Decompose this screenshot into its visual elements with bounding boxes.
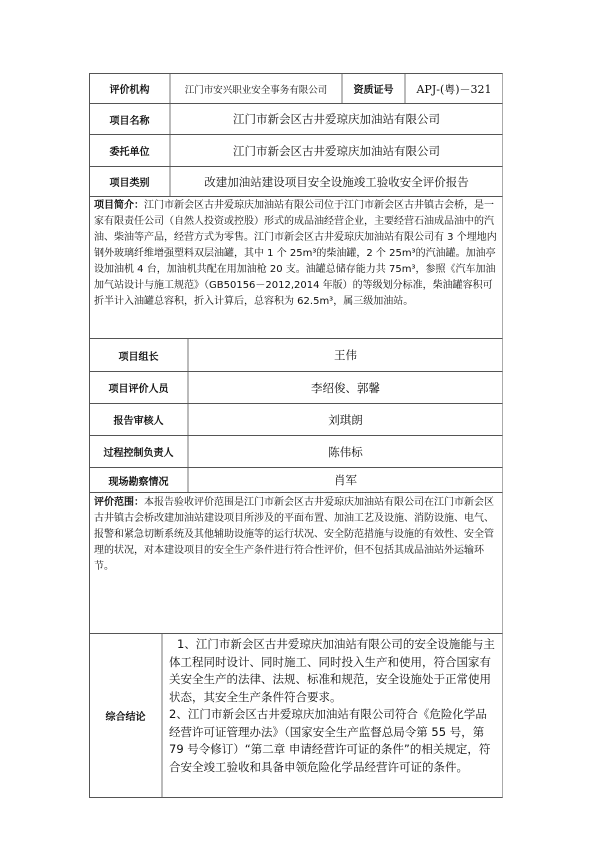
- row-conclusion: 综合结论 1、江门市新会区古井爱琼庆加油站有限公司的安全设施能与主体工程同时设计…: [89, 634, 503, 798]
- conclusion-text: 1、江门市新会区古井爱琼庆加油站有限公司的安全设施能与主体工程同时设计、同时施工…: [163, 634, 502, 797]
- row-evaluation-org: 评价机构 江门市安兴职业安全事务有限公司 资质证号 APJ-(粤)－321: [89, 73, 503, 104]
- conclusion-label: 综合结论: [90, 634, 163, 797]
- row-project-name: 项目名称 江门市新会区古井爱琼庆加油站有限公司: [89, 104, 503, 135]
- personnel-value: 刘琪朗: [189, 404, 502, 435]
- project-name-value: 江门市新会区古井爱琼庆加油站有限公司: [171, 104, 502, 134]
- row-process-control: 过程控制负责人 陈伟标: [89, 436, 503, 468]
- personnel-value: 王伟: [189, 339, 502, 371]
- conclusion-item-2: 2、江门市新会区古井爱琼庆加油站有限公司符合《危险化学品经营许可证管理办法》（国…: [169, 706, 496, 776]
- row-site-survey: 现场勘察情况 肖军: [89, 468, 503, 493]
- scope-label: 评价范围：: [94, 497, 144, 508]
- personnel-label: 过程控制负责人: [90, 436, 189, 467]
- client-label: 委托单位: [90, 135, 171, 166]
- intro-body: 江门市新会区古井爱琼庆加油站有限公司位于江门市新会区古井镇古会桥，是一家有限责任…: [94, 200, 497, 307]
- cert-label: 资质证号: [343, 74, 406, 103]
- conclusion-item-1: 1、江门市新会区古井爱琼庆加油站有限公司的安全设施能与主体工程同时设计、同时施工…: [169, 636, 496, 706]
- row-project-intro: 项目简介：江门市新会区古井爱琼庆加油站有限公司位于江门市新会区古井镇古会桥，是一…: [89, 197, 503, 339]
- personnel-label: 现场勘察情况: [90, 468, 189, 492]
- personnel-label: 项目组长: [90, 339, 189, 371]
- cert-value: APJ-(粤)－321: [406, 74, 502, 103]
- row-reviewer: 报告审核人 刘琪朗: [89, 404, 503, 436]
- row-client: 委托单位 江门市新会区古井爱琼庆加油站有限公司: [89, 135, 503, 167]
- project-intro-text: 项目简介：江门市新会区古井爱琼庆加油站有限公司位于江门市新会区古井镇古会桥，是一…: [90, 197, 502, 311]
- scope-text: 评价范围：本报告验收评价范围是江门市新会区古井爱琼庆加油站有限公司在江门市新会区…: [90, 493, 502, 576]
- category-value: 改建加油站建设项目安全设施竣工验收安全评价报告: [171, 167, 502, 196]
- intro-label: 项目简介：: [94, 200, 144, 211]
- row-category: 项目类别 改建加油站建设项目安全设施竣工验收安全评价报告: [89, 167, 503, 197]
- org-label: 评价机构: [90, 74, 171, 103]
- client-value: 江门市新会区古井爱琼庆加油站有限公司: [171, 135, 502, 166]
- personnel-value: 李绍俊、郭馨: [189, 372, 502, 403]
- category-label: 项目类别: [90, 167, 171, 196]
- org-value: 江门市安兴职业安全事务有限公司: [171, 74, 343, 103]
- evaluation-summary-table: 评价机构 江门市安兴职业安全事务有限公司 资质证号 APJ-(粤)－321 项目…: [89, 73, 503, 798]
- row-evaluation-scope: 评价范围：本报告验收评价范围是江门市新会区古井爱琼庆加油站有限公司在江门市新会区…: [89, 493, 503, 634]
- row-evaluators: 项目评价人员 李绍俊、郭馨: [89, 372, 503, 404]
- project-name-label: 项目名称: [90, 104, 171, 134]
- personnel-label: 项目评价人员: [90, 372, 189, 403]
- row-project-leader: 项目组长 王伟: [89, 339, 503, 372]
- personnel-label: 报告审核人: [90, 404, 189, 435]
- personnel-value: 肖军: [189, 468, 502, 492]
- personnel-value: 陈伟标: [189, 436, 502, 467]
- scope-body: 本报告验收评价范围是江门市新会区古井爱琼庆加油站有限公司在江门市新会区古井镇古会…: [94, 497, 494, 572]
